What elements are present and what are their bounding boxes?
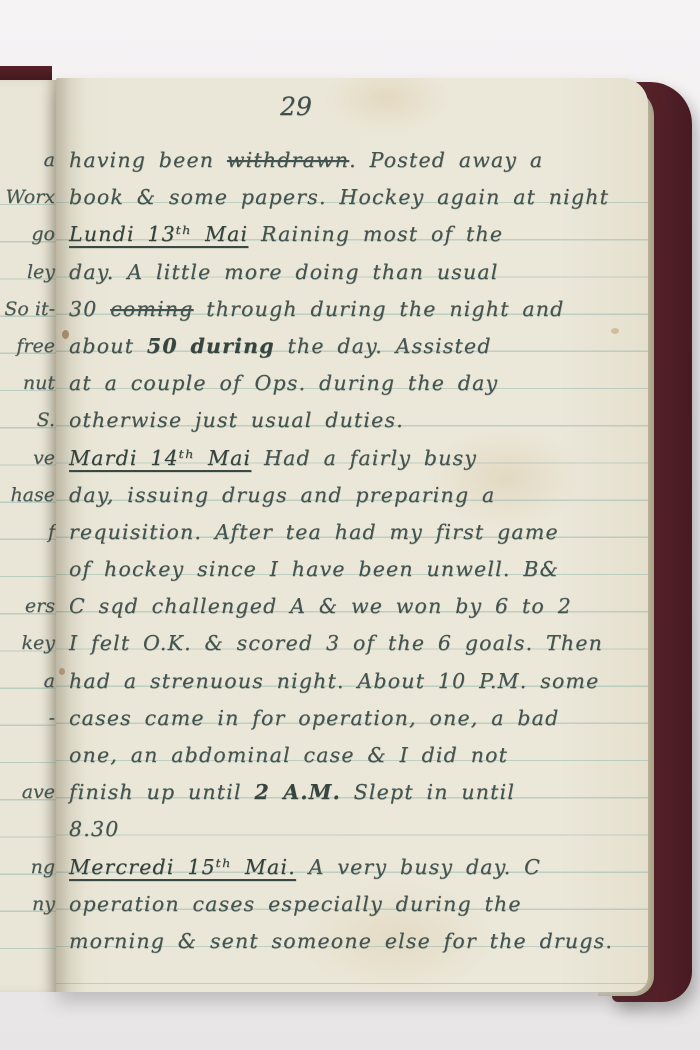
diary-text-segment: at a couple of Ops. during the day [69,371,498,395]
left-page-fragment: ley [0,254,58,291]
left-page-fragment: ers [0,588,58,625]
diary-text-segment: morning & sent someone else for the drug… [69,929,613,953]
left-page-fragment: So it- [0,291,58,328]
diary-page: 29 having been withdrawn. Posted away ab… [56,78,648,992]
diary-text-segment: Mercredi 15ᵗʰ Mai. [69,855,296,879]
diary-text-segment: day. A little more doing than usual [69,260,499,284]
diary-line: otherwise just usual duties. [69,402,642,439]
diary-line: Mercredi 15ᵗʰ Mai. A very busy day. C [69,849,642,886]
diary-text-segment: having been [69,148,227,172]
diary-text-segment: . Posted away a [349,148,543,172]
left-page-fragment: key [0,625,58,662]
left-page-fragment [0,923,58,960]
left-page-fragment: free [0,328,58,365]
diary-line: one, an abdominal case & I did not [69,737,642,774]
left-page-fragment: f [0,514,58,551]
diary-text-segment: Raining most of the [248,222,503,246]
left-page-fragment: - [0,700,58,737]
diary-text-segment: 2 A.M. [254,780,340,804]
left-page-text-fragments: aWorxgoleySo it-freenutS.vehaseferskeya-… [0,142,58,960]
left-page-fragment: ng [0,849,58,886]
diary-line: requisition. After tea had my first game [69,514,642,551]
diary-text-segment: through during the night and [194,297,565,321]
diary-text-segment: during [191,334,275,358]
left-page-fragment [0,811,58,848]
diary-line: of hockey since I have been unwell. B& [69,551,642,588]
gutter-shadow [56,78,86,992]
diary-text-segment: operation cases especially during the [69,892,522,916]
diary-text-segment: I felt O.K. & scored 3 of the 6 goals. T… [69,631,603,655]
left-page-fragment: a [0,663,58,700]
left-page-fragment: S. [0,402,58,439]
diary-line: having been withdrawn. Posted away a [69,142,642,179]
diary-text-segment: C sqd challenged A & we won by 6 to 2 [69,594,572,618]
photo-backdrop: aWorxgoleySo it-freenutS.vehaseferskeya-… [0,0,700,1050]
diary-text-segment: Had a fairly busy [251,446,477,470]
diary-text-segment: day, issuing drugs and preparing a [69,483,495,507]
diary-text-segment: one, an abdominal case & I did not [69,743,508,767]
left-page-fragment: hase [0,477,58,514]
left-page-sliver: aWorxgoleySo it-freenutS.vehaseferskeya-… [0,80,58,992]
left-page-fragment: go [0,216,58,253]
page-number: 29 [236,92,356,121]
left-page-fragment: a [0,142,58,179]
diary-text-segment: book & some papers. Hockey again at nigh… [69,185,609,209]
diary-line: operation cases especially during the [69,886,642,923]
diary-line: 30 coming through during the night and [69,291,642,328]
diary-line: Mardi 14ᵗʰ Mai Had a fairly busy [69,440,642,477]
left-page-fragment: nut [0,365,58,402]
diary-text-segment: finish up until [69,780,254,804]
diary-line: book & some papers. Hockey again at nigh… [69,179,642,216]
diary-line: Lundi 13ᵗʰ Mai Raining most of the [69,216,642,253]
left-page-fragment: Worx [0,179,58,216]
diary-text-segment: requisition. After tea had my first game [69,520,559,544]
diary-text-segment [178,334,191,358]
diary-text-segment: Slept in until [341,780,515,804]
diary-line: C sqd challenged A & we won by 6 to 2 [69,588,642,625]
diary-text-segment: otherwise just usual duties. [69,408,404,432]
diary-text-segment: withdrawn [227,148,349,172]
diary-line: had a strenuous night. About 10 P.M. som… [69,663,642,700]
diary-line: day. A little more doing than usual [69,254,642,291]
diary-line: finish up until 2 A.M. Slept in until [69,774,642,811]
left-page-fragment: ny [0,886,58,923]
left-page-fragment: ave [0,774,58,811]
diary-text-segment: A very busy day. C [296,855,541,879]
diary-text-segment: Mardi 14ᵗʰ Mai [69,446,251,470]
left-page-fragment [0,551,58,588]
diary-text-segment: of hockey since I have been unwell. B& [69,557,559,581]
diary-text-segment: had a strenuous night. About 10 P.M. som… [69,669,599,693]
diary-line: morning & sent someone else for the drug… [69,923,642,960]
diary-text-segment: Lundi 13ᵗʰ Mai [69,222,248,246]
diary-line: about 50 during the day. Assisted [69,328,642,365]
diary-line: day, issuing drugs and preparing a [69,477,642,514]
diary-text-segment: cases came in for operation, one, a bad [69,706,559,730]
left-page-fragment: ve [0,440,58,477]
diary-line: cases came in for operation, one, a bad [69,700,642,737]
diary-text-segment: coming [110,297,193,321]
diary-line: 8.30 [69,811,642,848]
diary-text-segment: 50 [147,334,178,358]
diary-line: I felt O.K. & scored 3 of the 6 goals. T… [69,625,642,662]
diary-line: at a couple of Ops. during the day [69,365,642,402]
diary-text-segment: the day. Assisted [275,334,492,358]
left-page-fragment [0,737,58,774]
diary-text-block: having been withdrawn. Posted away abook… [69,142,642,960]
